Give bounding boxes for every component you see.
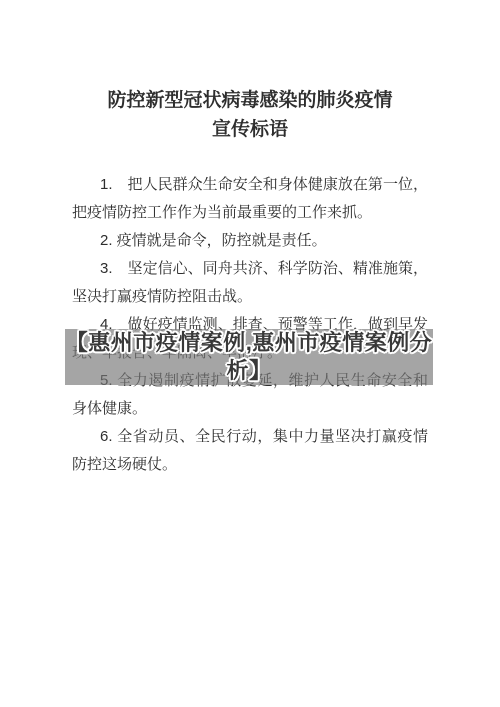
slogan-list: 1. 把人民群众生命安全和身体健康放在第一位，把疫情防控工作作为当前最重要的工作… <box>72 171 428 479</box>
document-title-line2: 宣传标语 <box>0 115 500 144</box>
screenshot-root: { "document": { "background": "#ffffff",… <box>0 0 500 707</box>
document-title: 防控新型冠状病毒感染的肺炎疫情 宣传标语 <box>0 0 500 144</box>
slogan-item-2: 2. 疫情就是命令，防控就是责任。 <box>72 227 428 255</box>
watermark-banner: 【惠州市疫情案例,惠州市疫情案例分析】 <box>65 329 433 385</box>
slogan-item-3: 3. 坚定信心、同舟共济、科学防治、精准施策，坚决打赢疫情防控阻击战。 <box>72 255 428 311</box>
document-page: 防控新型冠状病毒感染的肺炎疫情 宣传标语 1. 把人民群众生命安全和身体健康放在… <box>0 0 500 707</box>
slogan-item-1: 1. 把人民群众生命安全和身体健康放在第一位，把疫情防控工作作为当前最重要的工作… <box>72 171 428 227</box>
document-title-line1: 防控新型冠状病毒感染的肺炎疫情 <box>0 86 500 115</box>
slogan-item-6: 6. 全省动员、全民行动，集中力量坚决打赢疫情防控这场硬仗。 <box>72 423 428 479</box>
watermark-text: 【惠州市疫情案例,惠州市疫情案例分析】 <box>66 330 433 383</box>
